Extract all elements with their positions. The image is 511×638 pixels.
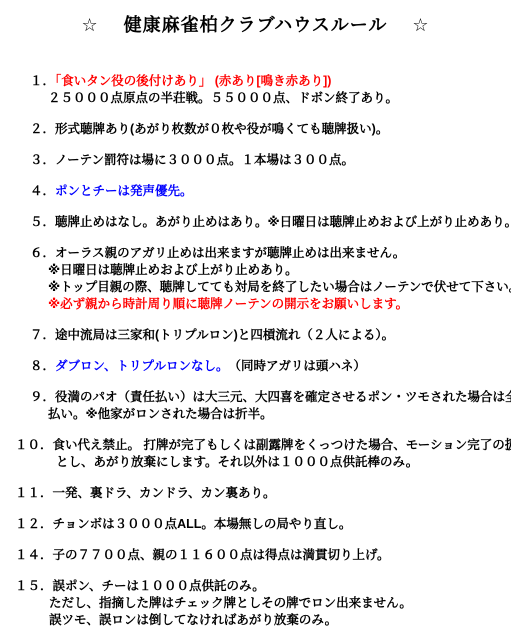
rule-text-segment: ７．途中流局は三家和(トリプルロン)と四槓流れ（２人による）。 [30, 328, 394, 342]
rule-line: １４．子の７７００点、親の１１６００点は得点は満貫切り上げ。 [0, 547, 511, 564]
rule-line: ※日曜日は聴牌止めおよび上がり止めあり。 [0, 262, 511, 279]
rule-text-segment: (赤あり[鳴き赤あり]) [211, 74, 331, 88]
rule-item: ７．途中流局は三家和(トリプルロン)と四槓流れ（２人による）。 [0, 327, 511, 344]
rule-line: 払い。※他家がロンされた場合は折半。 [0, 406, 511, 423]
rule-line: ４．ポンとチーは発声優先。 [0, 183, 511, 200]
rule-item: １０．食い代え禁止。 打牌が完了もしくは副露牌をくっつけた場合、モーション完了の… [0, 437, 511, 471]
rule-line: ９．役満のパオ（責任払い）は大三元、大四喜を確定させるポン・ツモされた場合は全額 [0, 389, 511, 406]
rule-line: ただし、指摘した牌はチェック牌としその牌でロン出来ません。 [0, 595, 511, 612]
rule-line: １２．チョンボは３０００点ALL。本場無しの局やり直し。 [0, 516, 511, 533]
rule-line: ※トップ目親の際、聴牌してても対局を終了したい場合はノーテンで伏せて下さい。 [0, 279, 511, 296]
rule-text-segment: ９．役満のパオ（責任払い）は大三元、大四喜を確定させるポン・ツモされた場合は全額 [30, 390, 511, 404]
rule-text-segment: ※日曜日は聴牌止めおよび上がり止めあり。 [48, 263, 298, 277]
rule-line: ２．形式聴牌あり(あがり枚数が０枚や役が鳴くても聴牌扱い)。 [0, 121, 511, 138]
rule-text-segment: ２５０００点原点の半荘戦。５５０００点、ドボン終了あり。 [48, 91, 398, 105]
rule-text-segment: ３．ノーテン罰符は場に３０００点。１本場は３００点。 [30, 153, 354, 167]
rule-item: ４．ポンとチーは発声優先。 [0, 183, 511, 200]
rule-text-segment: １５．誤ポン、チーは１０００点供託のみ。 [15, 579, 265, 593]
rule-text-segment: １． [30, 74, 55, 88]
rule-item: １５．誤ポン、チーは１０００点供託のみ。ただし、指摘した牌はチェック牌としその牌… [0, 578, 511, 629]
rules-document: ☆ 健康麻雀柏クラブハウスルール ☆ １．「食いタン役の後付けあり」 (赤あり[… [0, 0, 511, 629]
rule-item: ６．オーラス親のアガリ止めは出来ますが聴牌止めは出来ません。※日曜日は聴牌止めお… [0, 245, 511, 313]
rule-text-segment: ※トップ目親の際、聴牌してても対局を終了したい場合はノーテンで伏せて下さい。 [48, 280, 511, 294]
rule-item: ２．形式聴牌あり(あがり枚数が０枚や役が鳴くても聴牌扱い)。 [0, 121, 511, 138]
rule-line: とし、あがり放棄にします。それ以外は１０００点供託棒のみ。 [0, 454, 511, 471]
rule-text-segment: ポンとチーは発声優先。 [55, 184, 193, 198]
rule-text-segment: １１．一発、裏ドラ、カンドラ、カン裏あり。 [15, 486, 276, 500]
rule-line: ８．ダブロン、トリプルロンなし。 （同時アガリは頭ハネ） [0, 358, 511, 375]
rule-item: １４．子の７７００点、親の１１６００点は得点は満貫切り上げ。 [0, 547, 511, 564]
rule-text-segment: （同時アガリは頭ハネ） [222, 359, 366, 373]
rule-line: ５．聴牌止めはなし。あがり止めはあり。※日曜日は聴牌止めおよび上がり止めあり。 [0, 214, 511, 231]
rule-text-segment: 誤ツモ、誤ロンは倒してなければあがり放棄のみ。 [49, 613, 337, 627]
rule-line: １０．食い代え禁止。 打牌が完了もしくは副露牌をくっつけた場合、モーション完了の… [0, 437, 511, 454]
rule-item: ９．役満のパオ（責任払い）は大三元、大四喜を確定させるポン・ツモされた場合は全額… [0, 389, 511, 423]
rules-list: １．「食いタン役の後付けあり」 (赤あり[鳴き赤あり])２５０００点原点の半荘戦… [0, 73, 511, 629]
rule-item: １．「食いタン役の後付けあり」 (赤あり[鳴き赤あり])２５０００点原点の半荘戦… [0, 73, 511, 107]
rule-item: １２．チョンボは３０００点ALL。本場無しの局やり直し。 [0, 516, 511, 533]
rule-line: 誤ツモ、誤ロンは倒してなければあがり放棄のみ。 [0, 612, 511, 629]
rule-text-segment: ただし、指摘した牌はチェック牌としその牌でロン出来ません。 [49, 596, 412, 610]
page-title: ☆ 健康麻雀柏クラブハウスルール ☆ [0, 13, 511, 37]
rule-line: ２５０００点原点の半荘戦。５５０００点、ドボン終了あり。 [0, 90, 511, 107]
rule-text-segment: ５．聴牌止めはなし。あがり止めはあり。※日曜日は聴牌止めおよび上がり止めあり。 [30, 215, 511, 229]
rule-text-segment: 払い。※他家がロンされた場合は折半。 [48, 407, 273, 421]
rule-line: １５．誤ポン、チーは１０００点供託のみ。 [0, 578, 511, 595]
rule-line: １．「食いタン役の後付けあり」 (赤あり[鳴き赤あり]) [0, 73, 511, 90]
rule-text-segment: ４． [30, 184, 55, 198]
rule-line: １１．一発、裏ドラ、カンドラ、カン裏あり。 [0, 485, 511, 502]
rule-text-segment: ８． [30, 359, 55, 373]
rule-item: １１．一発、裏ドラ、カンドラ、カン裏あり。 [0, 485, 511, 502]
rule-text-segment: 「食いタン役の後付けあり」 [55, 74, 211, 88]
rule-item: ３．ノーテン罰符は場に３０００点。１本場は３００点。 [0, 152, 511, 169]
rule-item: ５．聴牌止めはなし。あがり止めはあり。※日曜日は聴牌止めおよび上がり止めあり。 [0, 214, 511, 231]
rule-text-segment: ２．形式聴牌あり(あがり枚数が０枚や役が鳴くても聴牌扱い)。 [30, 122, 388, 136]
rule-line: ※必ず親から時計周り順に聴牌ノーテンの開示をお願いします。 [0, 296, 511, 313]
rule-text-segment: １４．子の７７００点、親の１１６００点は得点は満貫切り上げ。 [15, 548, 390, 562]
rule-text-segment: とし、あがり放棄にします。それ以外は１０００点供託棒のみ。 [56, 455, 418, 469]
rule-line: ３．ノーテン罰符は場に３０００点。１本場は３００点。 [0, 152, 511, 169]
rule-text-segment: １０．食い代え禁止。 打牌が完了もしくは副露牌をくっつけた場合、モーション完了の… [15, 438, 511, 452]
rule-text-segment: ダブロン、トリプルロンなし。 [55, 359, 222, 373]
rule-line: ７．途中流局は三家和(トリプルロン)と四槓流れ（２人による）。 [0, 327, 511, 344]
rule-text-segment: １２．チョンボは３０００点ALL。本場無しの局やり直し。 [15, 517, 351, 531]
rule-line: ６．オーラス親のアガリ止めは出来ますが聴牌止めは出来ません。 [0, 245, 511, 262]
rule-text-segment: ※必ず親から時計周り順に聴牌ノーテンの開示をお願いします。 [48, 297, 408, 311]
rule-item: ８．ダブロン、トリプルロンなし。 （同時アガリは頭ハネ） [0, 358, 511, 375]
rule-text-segment: ６．オーラス親のアガリ止めは出来ますが聴牌止めは出来ません。 [30, 246, 405, 260]
